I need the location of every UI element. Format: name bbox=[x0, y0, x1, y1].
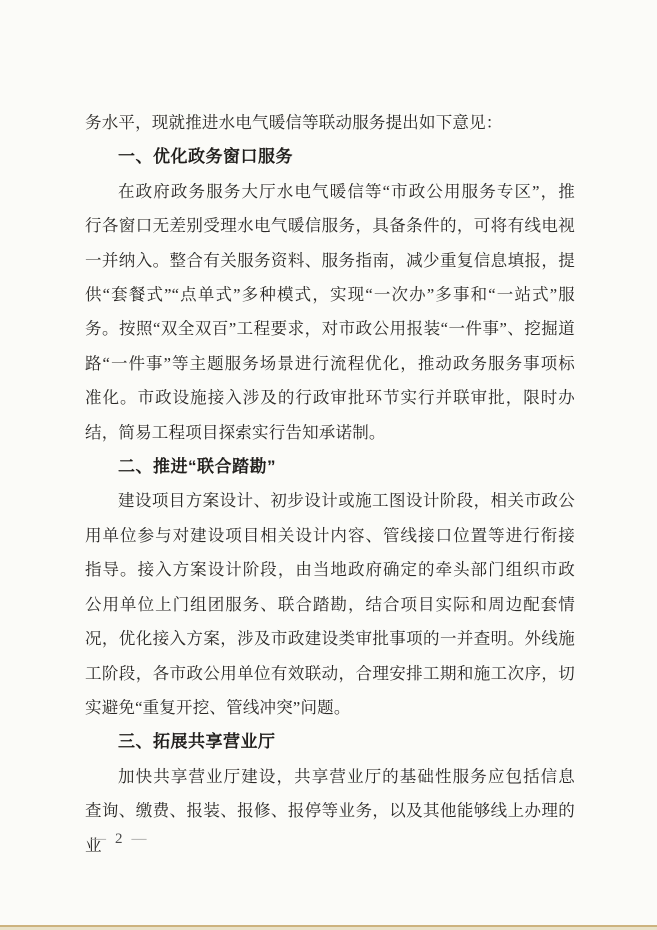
document-page: 务水平，现就推进水电气暖信等联动服务提出如下意见：一、优化政务窗口服务在政府政务… bbox=[0, 0, 657, 930]
page-number-value: 2 bbox=[115, 831, 123, 847]
text-line: 供“套餐式”“点单式”多种模式，实现“一次办”多事和“一站式”服 bbox=[85, 278, 575, 312]
section-heading: 三、拓展共享营业厅 bbox=[118, 725, 575, 759]
text-line: 工阶段，各市政公用单位有效联动，合理安排工期和施工次序，切 bbox=[85, 657, 575, 691]
page-number-dash-left: — bbox=[91, 831, 106, 847]
text-line: 查询、缴费、报装、报修、报停等业务，以及其他能够线上办理的业 bbox=[85, 794, 575, 863]
page-number-dash-right: — bbox=[132, 831, 147, 847]
text-line: 实避免“重复开挖、管线冲突”问题。 bbox=[85, 691, 575, 725]
text-line: 公用单位上门组团服务、联合踏勘，结合项目实际和周边配套情 bbox=[85, 588, 575, 622]
text-line: 结，简易工程项目探索实行告知承诺制。 bbox=[85, 416, 575, 450]
section-heading: 一、优化政务窗口服务 bbox=[118, 140, 575, 174]
text-line: 在政府政务服务大厅水电气暖信等“市政公用服务专区”，推 bbox=[85, 175, 575, 209]
page-number: —2— bbox=[91, 828, 147, 850]
text-line: 况，优化接入方案，涉及市政建设类审批事项的一并查明。外线施 bbox=[85, 622, 575, 656]
text-line: 路“一件事”等主题服务场景进行流程优化，推动政务服务事项标 bbox=[85, 347, 575, 381]
text-line: 加快共享营业厅建设，共享营业厅的基础性服务应包括信息 bbox=[85, 760, 575, 794]
text-line: 务水平，现就推进水电气暖信等联动服务提出如下意见： bbox=[85, 106, 575, 140]
document-body: 务水平，现就推进水电气暖信等联动服务提出如下意见：一、优化政务窗口服务在政府政务… bbox=[85, 106, 575, 863]
text-line: 指导。接入方案设计阶段，由当地政府确定的牵头部门组织市政 bbox=[85, 553, 575, 587]
section-heading: 二、推进“联合踏勘” bbox=[118, 450, 575, 484]
text-line: 用单位参与对建设项目相关设计内容、管线接口位置等进行衔接 bbox=[85, 519, 575, 553]
text-line: 行各窗口无差别受理水电气暖信服务，具备条件的，可将有线电视 bbox=[85, 209, 575, 243]
text-line: 一并纳入。整合有关服务资料、服务指南，减少重复信息填报，提 bbox=[85, 244, 575, 278]
text-line: 建设项目方案设计、初步设计或施工图设计阶段，相关市政公 bbox=[85, 484, 575, 518]
text-line: 务。按照“双全双百”工程要求，对市政公用报装“一件事”、挖掘道 bbox=[85, 312, 575, 346]
page-bottom-edge bbox=[0, 923, 657, 930]
text-line: 准化。市政设施接入涉及的行政审批环节实行并联审批，限时办 bbox=[85, 381, 575, 415]
